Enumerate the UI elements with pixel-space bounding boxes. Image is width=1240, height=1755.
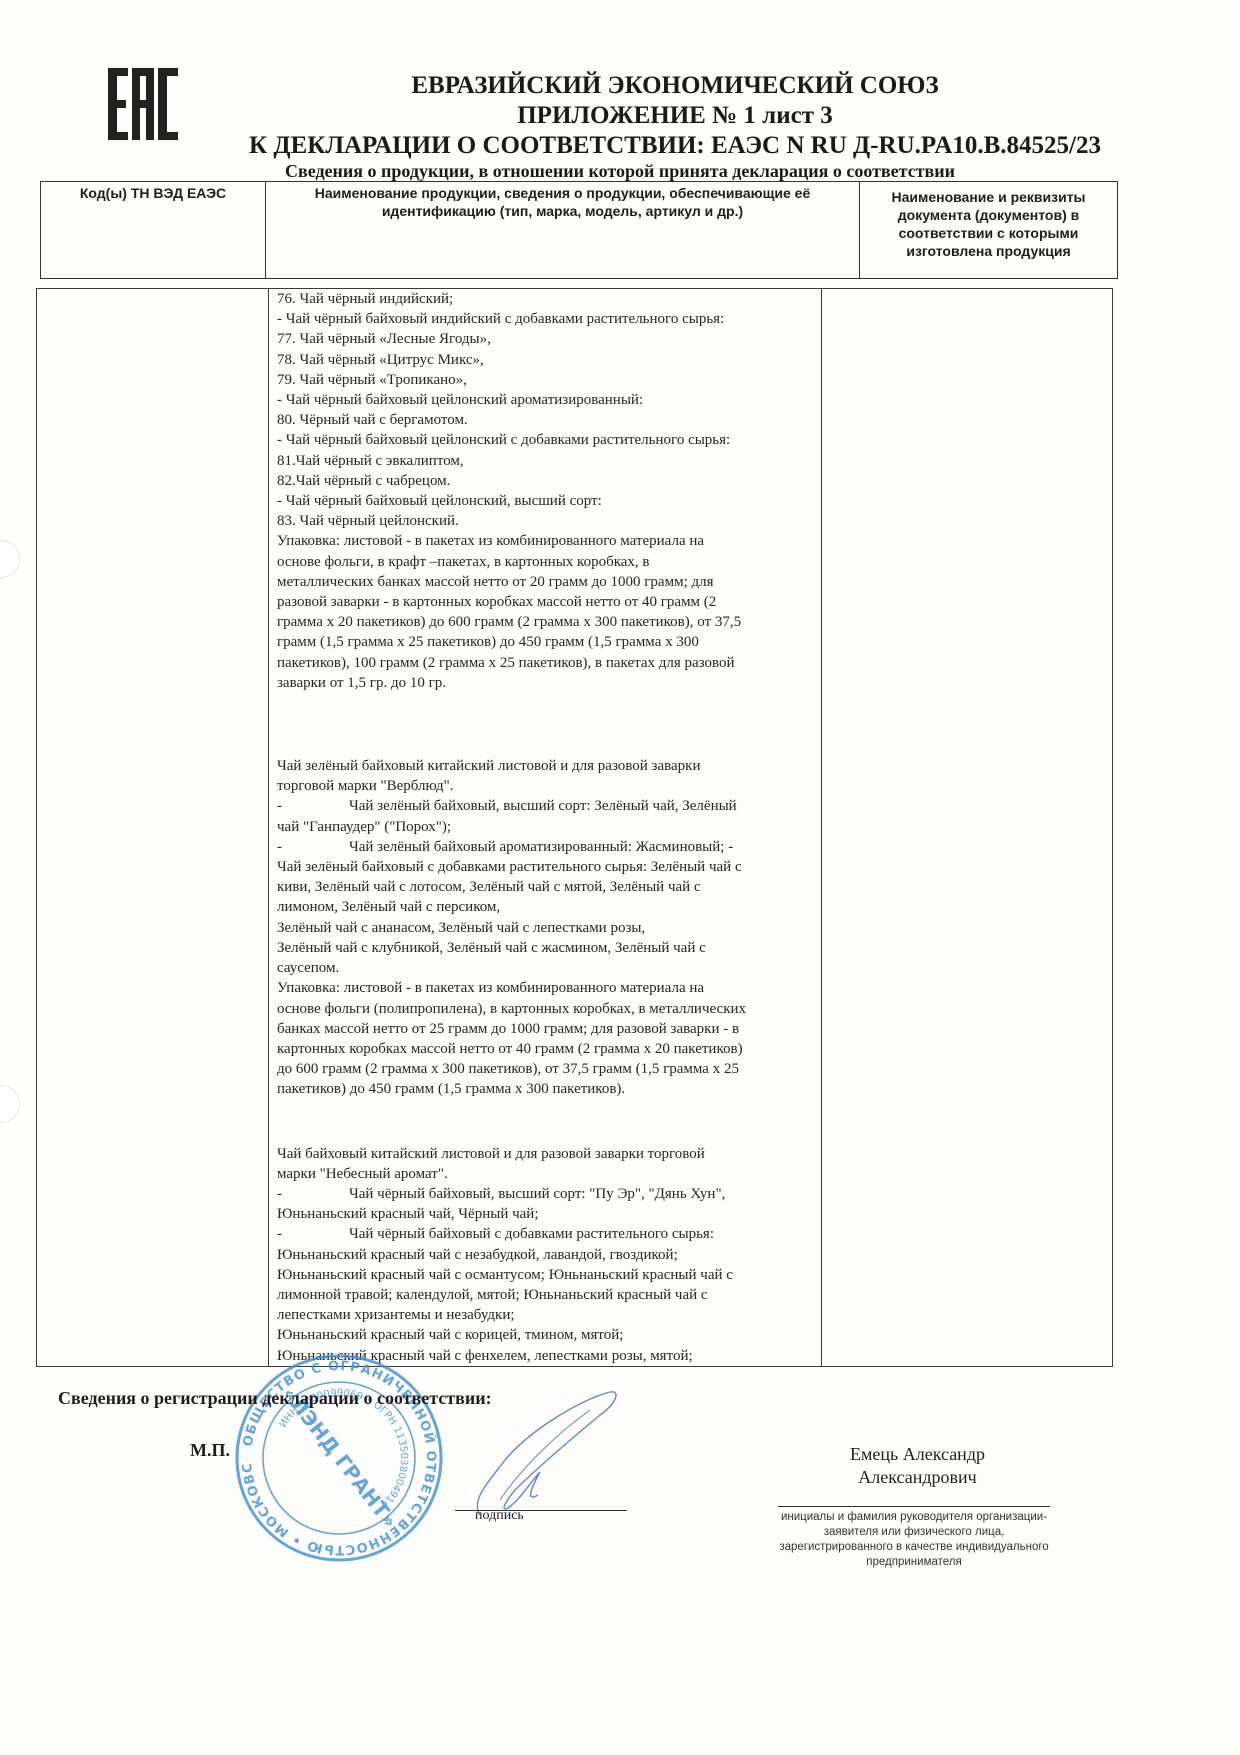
product-line: 80. Чёрный чай с бергамотом.: [277, 410, 832, 430]
product-line: -Чай чёрный байховый с добавками растите…: [277, 1224, 832, 1244]
product-line: заварки от 1,5 гр. до 10 гр.: [277, 673, 832, 693]
product-line: пакетиков) до 450 грамм (1,5 грамма х 30…: [277, 1079, 832, 1099]
product-line: Чай зелёный байховый с добавками растите…: [277, 857, 832, 877]
punch-hole: [0, 540, 20, 578]
column-divider: [268, 289, 269, 1366]
product-description-cell: 76. Чай чёрный индийский;- Чай чёрный ба…: [273, 289, 832, 1366]
product-line: картонных коробках массой нетто от 40 гр…: [277, 1039, 832, 1059]
signer-caption: инициалы и фамилия руководителя организа…: [778, 1510, 1050, 1570]
product-line: Упаковка: листовой - в пакетах из комбин…: [277, 531, 832, 551]
product-line: -Чай чёрный байховый, высший сорт: "Пу Э…: [277, 1184, 832, 1204]
products-table: 76. Чай чёрный индийский;- Чай чёрный ба…: [36, 288, 1113, 1367]
product-line: - Чай чёрный байховый цейлонский аромати…: [277, 390, 832, 410]
product-line: киви, Зелёный чай с лотосом, Зелёный чай…: [277, 877, 832, 897]
product-line: лимоном, Зелёный чай с персиком,: [277, 897, 832, 917]
product-line: разовой заварки - в картонных коробках м…: [277, 592, 832, 612]
column-header-code: Код(ы) ТН ВЭД ЕАЭС: [41, 182, 266, 279]
product-line: -Чай зелёный байховый ароматизированный:…: [277, 837, 832, 857]
product-line: до 600 грамм (2 грамма х 300 пакетиков),…: [277, 1059, 832, 1079]
product-line: 83. Чай чёрный цейлонский.: [277, 511, 832, 531]
product-line: марки "Небесный аромат".: [277, 1164, 832, 1184]
product-line: металлических банках массой нетто от 20 …: [277, 572, 832, 592]
products-subtitle: Сведения о продукции, в отношении которо…: [0, 161, 1240, 182]
product-line: Упаковка: листовой - в пакетах из комбин…: [277, 978, 832, 998]
columns-header: Код(ы) ТН ВЭД ЕАЭС Наименование продукци…: [40, 181, 1118, 279]
product-line: - Чай чёрный байховый индийский с добавк…: [277, 309, 832, 329]
column-header-product: Наименование продукции, сведения о проду…: [266, 182, 860, 279]
product-line: 76. Чай чёрный индийский;: [277, 289, 832, 309]
product-line: основе фольги, в крафт –пакетах, в карто…: [277, 552, 832, 572]
product-line: 77. Чай чёрный «Лесные Ягоды»,: [277, 329, 832, 349]
product-line: грамма х 20 пакетиков) до 600 грамм (2 г…: [277, 612, 832, 632]
product-line: Зелёный чай с клубникой, Зелёный чай с ж…: [277, 938, 832, 958]
product-line: лепестками хризантемы и незабудки;: [277, 1305, 832, 1325]
product-line: Чай зелёный байховый китайский листовой …: [277, 756, 832, 776]
product-line: 78. Чай чёрный «Цитрус Микс»,: [277, 350, 832, 370]
product-line: - Чай чёрный байховый цейлонский, высший…: [277, 491, 832, 511]
column-header-document: Наименование и реквизиты документа (доку…: [860, 182, 1118, 279]
registration-title: Сведения о регистрации декларации о соот…: [58, 1388, 492, 1409]
punch-hole: [0, 1085, 20, 1123]
appendix-title: ПРИЛОЖЕНИЕ № 1 лист 3: [55, 102, 1240, 130]
product-line: торговой марки "Верблюд".: [277, 776, 832, 796]
signer-name: Емець Александр Александрович: [790, 1443, 1045, 1489]
product-block-3: Чай байховый китайский листовой и для ра…: [277, 1144, 832, 1366]
product-block-2: Чай зелёный байховый китайский листовой …: [277, 756, 832, 1099]
product-line: - Чай чёрный байховый цейлонский с добав…: [277, 430, 832, 450]
signature-icon: [460, 1390, 630, 1520]
product-line: пакетиков), 100 грамм (2 грамма х 25 пак…: [277, 653, 832, 673]
seal-label: М.П.: [190, 1440, 230, 1461]
product-line: Юньнаньский красный чай с османтусом; Юн…: [277, 1265, 832, 1285]
product-line: Юньнаньский красный чай с корицей, тмино…: [277, 1325, 832, 1345]
product-line: банках массой нетто от 25 грамм до 1000 …: [277, 1019, 832, 1039]
product-line: 82.Чай чёрный с чабрецом.: [277, 471, 832, 491]
product-line: Юньнаньский красный чай, Чёрный чай;: [277, 1204, 832, 1224]
declaration-number: К ДЕКЛАРАЦИИ О СООТВЕТСТВИИ: ЕАЭС N RU Д…: [55, 132, 1240, 160]
product-line: 79. Чай чёрный «Тропикано»,: [277, 370, 832, 390]
product-line: -Чай зелёный байховый, высший сорт: Зелё…: [277, 796, 832, 816]
product-line: чай "Ганпаудер" ("Порох");: [277, 817, 832, 837]
product-block-1: 76. Чай чёрный индийский;- Чай чёрный ба…: [277, 289, 832, 693]
union-title: ЕВРАЗИЙСКИЙ ЭКОНОМИЧЕСКИЙ СОЮЗ: [55, 72, 1240, 100]
product-line: Зелёный чай с ананасом, Зелёный чай с ле…: [277, 918, 832, 938]
product-line: лимонной травой; календулой, мятой; Юньн…: [277, 1285, 832, 1305]
product-line: Чай байховый китайский листовой и для ра…: [277, 1144, 832, 1164]
signer-name-line: [778, 1506, 1050, 1507]
product-line: Юньнаньский красный чай с незабудкой, ла…: [277, 1245, 832, 1265]
company-seal-icon: ОБЩЕСТВО С ОГРАНИЧЕННОЙ ОТВЕТСТВЕННОСТЬЮ…: [233, 1352, 445, 1564]
product-line: основе фольги (полипропилена), в картонн…: [277, 999, 832, 1019]
signature-label: подпись: [475, 1508, 524, 1524]
product-line: саусепом.: [277, 958, 832, 978]
product-line: грамм (1,5 грамма х 25 пакетиков) до 450…: [277, 632, 832, 652]
product-line: 81.Чай чёрный с эвкалиптом,: [277, 451, 832, 471]
